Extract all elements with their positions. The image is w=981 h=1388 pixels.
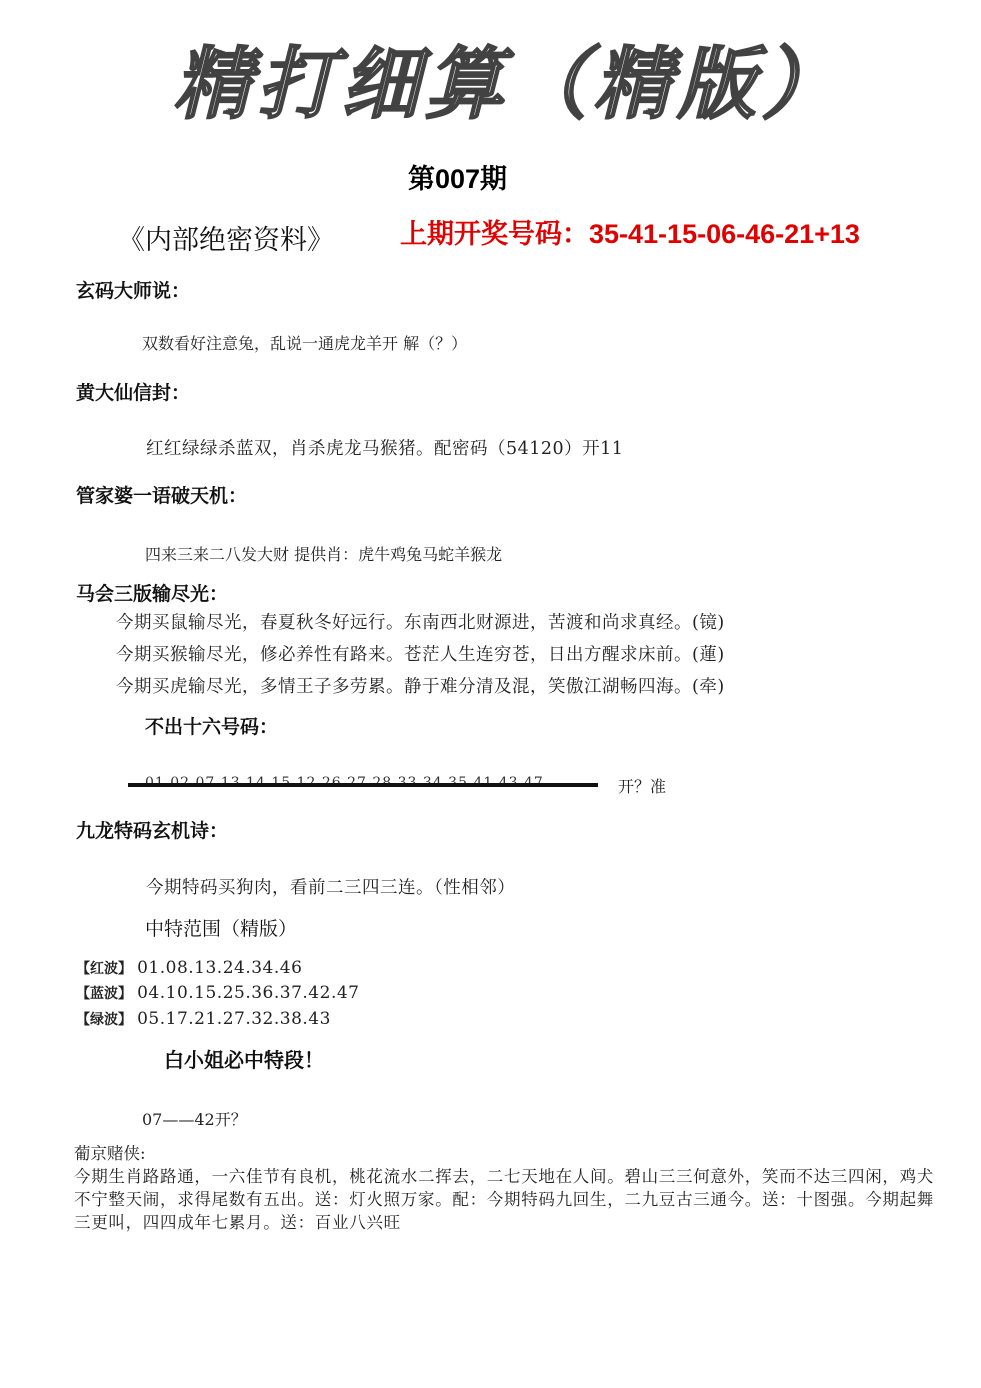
section-title-bai: 白小姐必中特段！ (164, 1044, 324, 1073)
section-title-xuanma: 玄码大师说： (76, 276, 190, 303)
banner-title: 精打细算（精版） (166, 30, 793, 140)
mahui-line-3: 今期买虎输尽光，多情王子多劳累。静于难分清及混，笑傲江湖畅四海。(牵) (116, 673, 725, 698)
strikethrough-line (128, 783, 598, 787)
wave-label: 【蓝波】 (76, 986, 132, 1002)
wave-numbers: 04.10.15.25.36.37.42.47 (137, 983, 359, 1003)
buchu-result: 开？准 (618, 774, 666, 797)
mahui-line-1: 今期买鼠输尽光，春夏秋冬好远行。东南西北财源进，苦渡和尚求真经。(镜) (116, 609, 725, 634)
section-title-guanjiapo: 管家婆一语破天机： (76, 481, 247, 508)
wave-numbers: 05.17.21.27.32.38.43 (137, 1009, 331, 1029)
wave-row-blue: 【蓝波】 04.10.15.25.36.37.42.47 (76, 983, 359, 1003)
section-title-pujing: 葡京赌侠: (74, 1140, 146, 1164)
wave-row-red: 【红波】 01.08.13.24.34.46 (76, 958, 302, 978)
wave-label: 【绿波】 (76, 1012, 132, 1028)
section-title-jiulong: 九龙特码玄机诗： (76, 816, 228, 843)
last-draw: 上期开奖号码：35-41-15-06-46-21+13 (400, 212, 860, 251)
section-title-range: 中特范围（精版） (145, 914, 297, 941)
last-draw-numbers: 35-41-15-06-46-21+13 (589, 219, 860, 249)
jiulong-text: 今期特码买狗肉，看前二三四三连。（性相邻） (146, 874, 515, 899)
wave-row-green: 【绿波】 05.17.21.27.32.38.43 (76, 1009, 331, 1029)
section-title-buchu: 不出十六号码： (145, 712, 278, 739)
huangdaxian-text: 红红绿绿杀蓝双，肖杀虎龙马猴猪。配密码（54120）开11 (146, 435, 623, 460)
section-title-huangdaxian: 黄大仙信封： (76, 378, 190, 405)
bai-text: 07——42开？ (142, 1107, 247, 1130)
last-draw-label: 上期开奖号码： (400, 219, 589, 249)
guanjiapo-text: 四来三来二八发大财 提供肖：虎牛鸡兔马蛇羊猴龙 (145, 542, 502, 565)
wave-label: 【红波】 (76, 961, 132, 977)
secret-label: 《内部绝密资料》 (118, 218, 334, 257)
section-title-mahui: 马会三版输尽光： (76, 579, 228, 606)
mahui-line-2: 今期买猴输尽光，修必养性有路来。苍茫人生连穷苍，日出方醒求床前。(蓮) (116, 641, 725, 666)
wave-numbers: 01.08.13.24.34.46 (137, 958, 302, 978)
xuanma-text: 双数看好注意兔，乱说一通虎龙羊开 解（？） (142, 331, 467, 354)
pujing-text: 今期生肖路路通，一六佳节有良机，桃花流水二挥去，二七天地在人间。碧山三三何意外，… (74, 1165, 934, 1234)
issue-number: 第007期 (408, 157, 507, 196)
